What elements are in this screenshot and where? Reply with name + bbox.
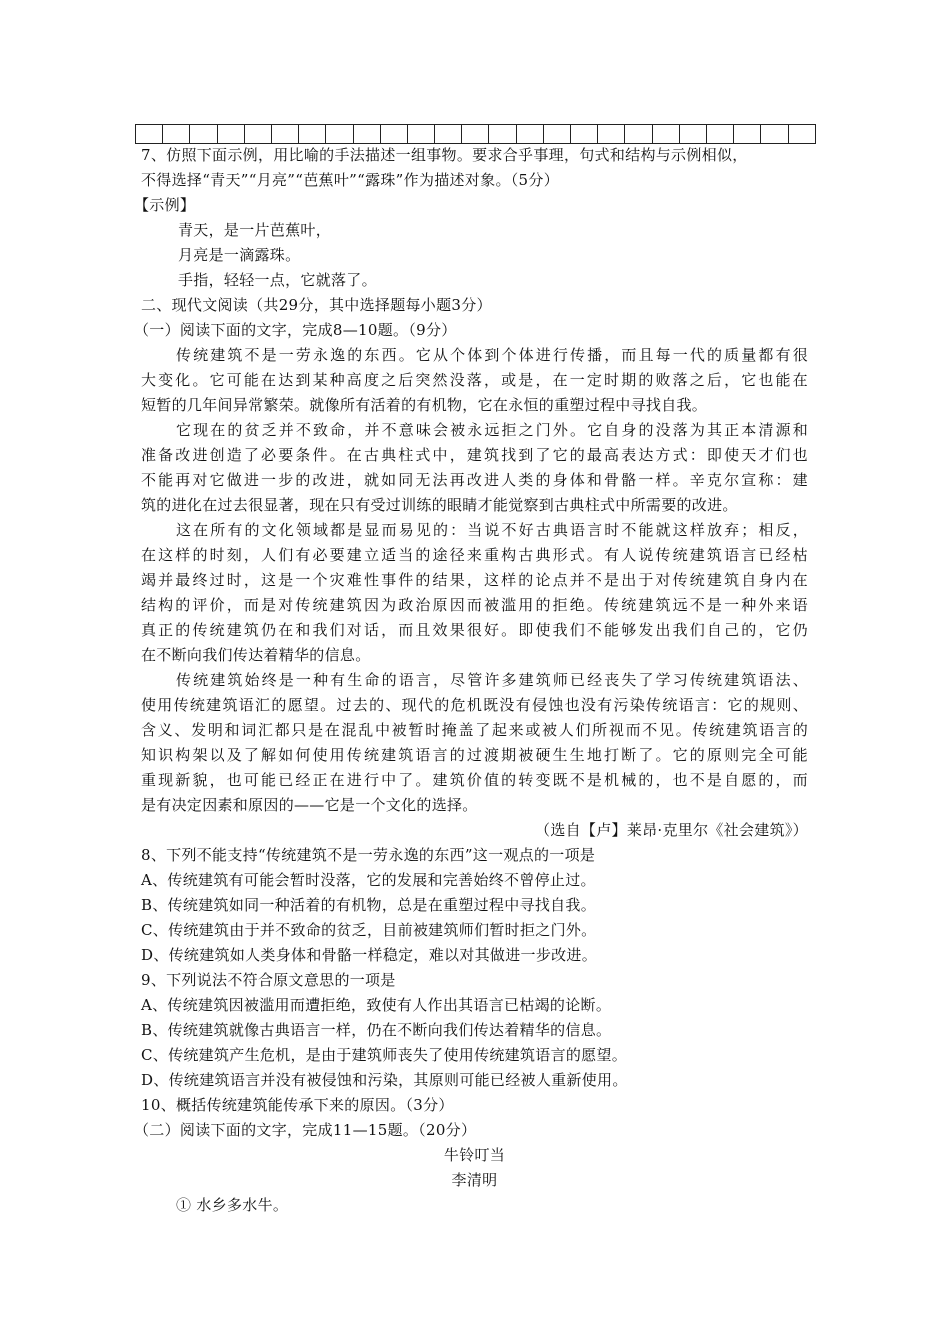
q8-stem: 8、下列不能支持“传统建筑不是一劳永逸的东西”这一观点的一项是 bbox=[141, 843, 595, 868]
p3-line-6: 在不断向我们传达着精华的信息。 bbox=[141, 643, 371, 668]
p2-line-1: 它现在的贫乏并不致命，并不意味会被永远拒之门外。它自身的没落为其正本清源和 bbox=[176, 418, 808, 443]
answer-grid-cell bbox=[598, 125, 625, 143]
answer-grid-cell bbox=[272, 125, 299, 143]
q8-option-c: C、传统建筑由于并不致命的贫乏，目前被建筑师们暂时拒之门外。 bbox=[141, 918, 596, 943]
q8-option-a: A、传统建筑有可能会暂时没落，它的发展和完善始终不曾停止过。 bbox=[141, 868, 596, 893]
passage2-author: 李清明 bbox=[141, 1168, 808, 1193]
answer-grid-cell bbox=[381, 125, 408, 143]
p4-line-5: 重现新貌，也可能已经正在进行中了。建筑价值的转变既不是机械的，也不是自愿的，而 bbox=[141, 768, 808, 793]
q9-option-d: D、传统建筑语言并没有被侵蚀和污染，其原则可能已经被人重新使用。 bbox=[141, 1068, 628, 1093]
answer-grid-cell bbox=[326, 125, 353, 143]
answer-grid-cell bbox=[544, 125, 571, 143]
answer-grid-cell bbox=[653, 125, 680, 143]
answer-grid-cell bbox=[136, 125, 163, 143]
p1-line-2: 大变化。它可能在达到某种高度之后突然没落，或是，在一定时期的败落之后，它也能在 bbox=[141, 368, 808, 393]
answer-grid-cell bbox=[789, 125, 816, 143]
example-label: 【示例】 bbox=[134, 193, 195, 218]
answer-grid-cell bbox=[734, 125, 761, 143]
part1-title: （一）阅读下面的文字，完成8—10题。（9分） bbox=[134, 318, 457, 343]
p1-line-3: 短暂的几年间异常繁荣。就像所有活着的有机物，它在永恒的重塑过程中寻找自我。 bbox=[141, 393, 707, 418]
q9-option-b: B、传统建筑就像古典语言一样，仍在不断向我们传达着精华的信息。 bbox=[141, 1018, 611, 1043]
p3-line-4: 结构的评价，而是对传统建筑因为政治原因而被滥用的拒绝。传统建筑远不是一种外来语 bbox=[141, 593, 808, 618]
p3-line-2: 在这样的时刻，人们有必要建立适当的途径来重构古典形式。有人说传统建筑语言已经枯 bbox=[141, 543, 808, 568]
section-title: 二、现代文阅读（共29分，其中选择题每小题3分） bbox=[141, 293, 492, 318]
q8-option-d: D、传统建筑如人类身体和骨骼一样稳定，难以对其做进一步改进。 bbox=[141, 943, 597, 968]
passage-source: （选自【卢】莱昂·克里尔《社会建筑》） bbox=[141, 818, 808, 843]
p3-line-5: 真正的传统建筑仍在和我们对话，而且效果很好。即使我们不能够发出我们自己的，它仍 bbox=[141, 618, 808, 643]
p2-line-2: 准备改进创造了必要条件。在古典柱式中，建筑找到了它的最高表达方式：即使天才们也 bbox=[141, 443, 808, 468]
p1-line-1: 传统建筑不是一劳永逸的东西。它从个体到个体进行传播，而且每一代的质量都有很 bbox=[176, 343, 808, 368]
answer-grid-cell bbox=[462, 125, 489, 143]
answer-grid-cell bbox=[707, 125, 734, 143]
answer-grid-cell bbox=[354, 125, 381, 143]
p4-line-2: 使用传统建筑语汇的愿望。过去的、现代的危机既没有侵蚀也没有污染传统语言：它的规则… bbox=[141, 693, 808, 718]
answer-grid-cell bbox=[761, 125, 788, 143]
p2-line-3: 不能再对它做进一步的改进，就如同无法再改进人类的身体和骨骼一样。辛克尔宣称：建 bbox=[141, 468, 808, 493]
p2-line-4: 筑的进化在过去很显著，现在只有受过训练的眼睛才能觉察到古典柱式中所需要的改进。 bbox=[141, 493, 738, 518]
answer-grid-cell bbox=[680, 125, 707, 143]
p3-line-1: 这在所有的文化领域都是显而易见的：当说不好古典语言时不能就这样放弃；相反， bbox=[176, 518, 808, 543]
answer-grid-cell bbox=[625, 125, 652, 143]
answer-grid-cell bbox=[190, 125, 217, 143]
example-line-1: 青天，是一片芭蕉叶， bbox=[178, 218, 331, 243]
q9-stem: 9、下列说法不符合原文意思的一项是 bbox=[141, 968, 396, 993]
q9-option-a: A、传统建筑因被滥用而遭拒绝，致使有人作出其语言已枯竭的论断。 bbox=[141, 993, 611, 1018]
answer-grid-cell bbox=[408, 125, 435, 143]
answer-grid-cell bbox=[163, 125, 190, 143]
answer-grid-cell bbox=[517, 125, 544, 143]
p4-line-3: 含义、发明和词汇都只是在混乱中被暂时掩盖了起来或被人们所视而不见。传统建筑语言的 bbox=[141, 718, 808, 743]
answer-grid-cell bbox=[218, 125, 245, 143]
q7-line-2: 不得选择“青天”“月亮”“芭蕉叶”“露珠”作为描述对象。（5分） bbox=[141, 168, 559, 193]
answer-grid-cell bbox=[435, 125, 462, 143]
answer-grid bbox=[135, 124, 816, 144]
p4-line-1: 传统建筑始终是一种有生命的语言，尽管许多建筑师已经丧失了学习传统建筑语法、 bbox=[176, 668, 808, 693]
answer-grid-cell bbox=[571, 125, 598, 143]
passage2-first-line: ① 水乡多水牛。 bbox=[176, 1193, 288, 1218]
q7-line-1: 7、仿照下面示例，用比喻的手法描述一组事物。要求合乎事理，句式和结构与示例相似， bbox=[141, 143, 748, 168]
p4-line-6: 是有决定因素和原因的——它是一个文化的选择。 bbox=[141, 793, 478, 818]
q9-option-c: C、传统建筑产生危机，是由于建筑师丧失了使用传统建筑语言的愿望。 bbox=[141, 1043, 627, 1068]
p3-line-3: 竭并最终过时，这是一个灾难性事件的结果，这样的论点并不是出于对传统建筑自身内在 bbox=[141, 568, 808, 593]
answer-grid-cell bbox=[245, 125, 272, 143]
q10-stem: 10、概括传统建筑能传承下来的原因。（3分） bbox=[141, 1093, 454, 1118]
p4-line-4: 知识构架以及了解如何使用传统建筑语言的过渡期被硬生生地打断了。它的原则完全可能 bbox=[141, 743, 808, 768]
q8-option-b: B、传统建筑如同一种活着的有机物，总是在重塑过程中寻找自我。 bbox=[141, 893, 596, 918]
answer-grid-cell bbox=[489, 125, 516, 143]
example-line-3: 手指，轻轻一点，它就落了。 bbox=[178, 268, 377, 293]
passage2-title: 牛铃叮当 bbox=[141, 1143, 808, 1168]
answer-grid-cell bbox=[299, 125, 326, 143]
example-line-2: 月亮是一滴露珠。 bbox=[178, 243, 300, 268]
part2-title: （二）阅读下面的文字，完成11—15题。（20分） bbox=[134, 1118, 476, 1143]
